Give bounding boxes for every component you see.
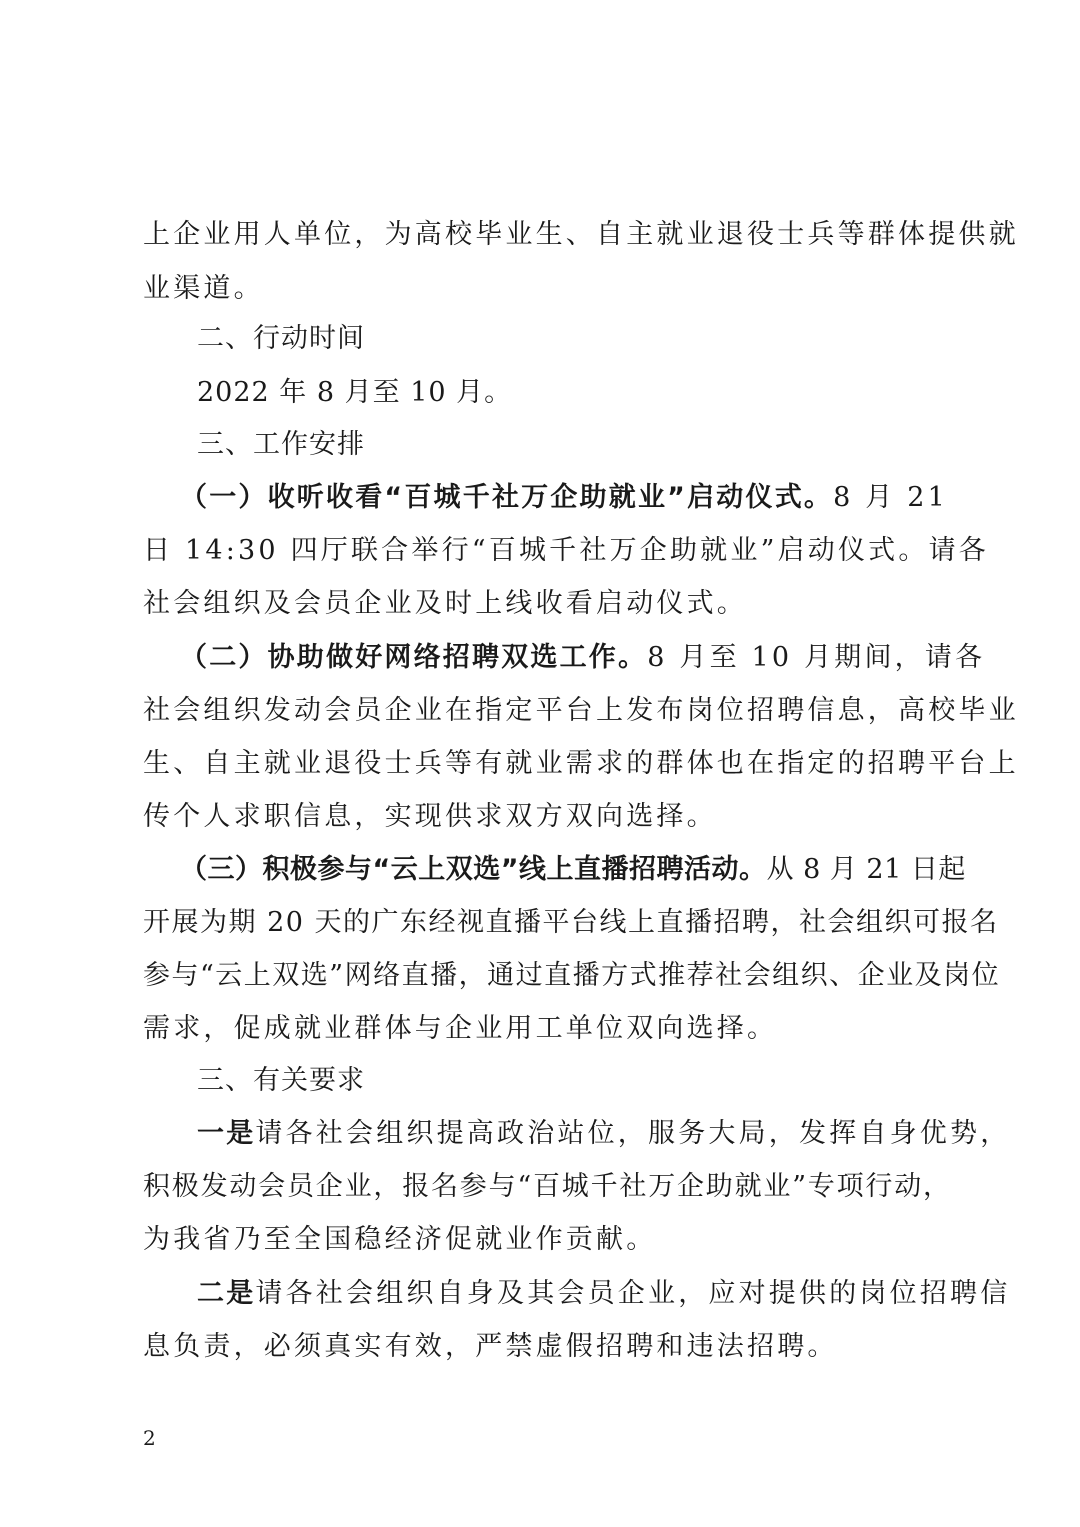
body-line: 积极发动会员企业，报名参与“百城千社万企助就业”专项行动，: [143, 1170, 938, 1204]
body-line: 上企业用人单位，为高校毕业生、自主就业退役士兵等群体提供就: [143, 218, 938, 252]
section-heading-time: 二、行动时间: [197, 322, 938, 356]
body-line: 为我省乃至全国稳经济促就业作贡献。: [143, 1223, 938, 1257]
subsection-3-first-line: （三）积极参与“云上双选”线上直播招聘活动。从 8 月 21 日起: [180, 853, 938, 887]
body-line: 社会组织发动会员企业在指定平台上发布岗位招聘信息，高校毕业: [143, 694, 938, 728]
document-page: 上企业用人单位，为高校毕业生、自主就业退役士兵等群体提供就 业渠道。 二、行动时…: [0, 0, 1080, 1527]
body-line: 息负责，必须真实有效，严禁虚假招聘和违法招聘。: [143, 1330, 938, 1364]
requirement-1-first-line: 一是请各社会组织提高政治站位，服务大局，发挥自身优势，: [197, 1117, 938, 1151]
body-line: 需求，促成就业群体与企业用工单位双向选择。: [143, 1012, 938, 1046]
body-text: 8 月至 10 月期间，请各: [647, 642, 985, 673]
body-line: 传个人求职信息，实现供求双方双向选择。: [143, 800, 938, 834]
body-text: 8 月 21: [833, 482, 948, 513]
subsection-1-title: （一）收听收看“百城千社万企助就业”启动仪式。: [180, 482, 833, 513]
body-line: 2022 年 8 月至 10 月。: [197, 376, 938, 410]
body-line: 业渠道。: [143, 272, 938, 306]
body-line: 开展为期 20 天的广东经视直播平台线上直播招聘，社会组织可报名: [143, 906, 938, 940]
requirement-1-lead: 一是: [197, 1118, 255, 1149]
body-text: 请各社会组织自身及其会员企业，应对提供的岗位招聘信: [255, 1278, 1010, 1309]
subsection-1-first-line: （一）收听收看“百城千社万企助就业”启动仪式。8 月 21: [180, 481, 938, 515]
body-line: 日 14:30 四厅联合举行“百城千社万企助就业”启动仪式。请各: [143, 534, 938, 568]
subsection-2-title: （二）协助做好网络招聘双选工作。: [180, 642, 647, 673]
requirement-2-first-line: 二是请各社会组织自身及其会员企业，应对提供的岗位招聘信: [197, 1277, 938, 1311]
subsection-2-first-line: （二）协助做好网络招聘双选工作。8 月至 10 月期间，请各: [180, 641, 938, 675]
body-text: 从 8 月 21 日起: [767, 854, 966, 885]
body-text: 请各社会组织提高政治站位，服务大局，发挥自身优势，: [255, 1118, 1010, 1149]
section-heading-requirements: 三、有关要求: [197, 1064, 938, 1098]
body-line: 社会组织及会员企业及时上线收看启动仪式。: [143, 587, 938, 621]
page-number: 2: [143, 1426, 156, 1450]
subsection-3-title: （三）积极参与“云上双选”线上直播招聘活动。: [180, 854, 767, 885]
section-heading-arrangement: 三、工作安排: [197, 428, 938, 462]
body-line: 生、自主就业退役士兵等有就业需求的群体也在指定的招聘平台上: [143, 747, 938, 781]
requirement-2-lead: 二是: [197, 1278, 255, 1309]
body-line: 参与“云上双选”网络直播，通过直播方式推荐社会组织、企业及岗位: [143, 959, 938, 993]
